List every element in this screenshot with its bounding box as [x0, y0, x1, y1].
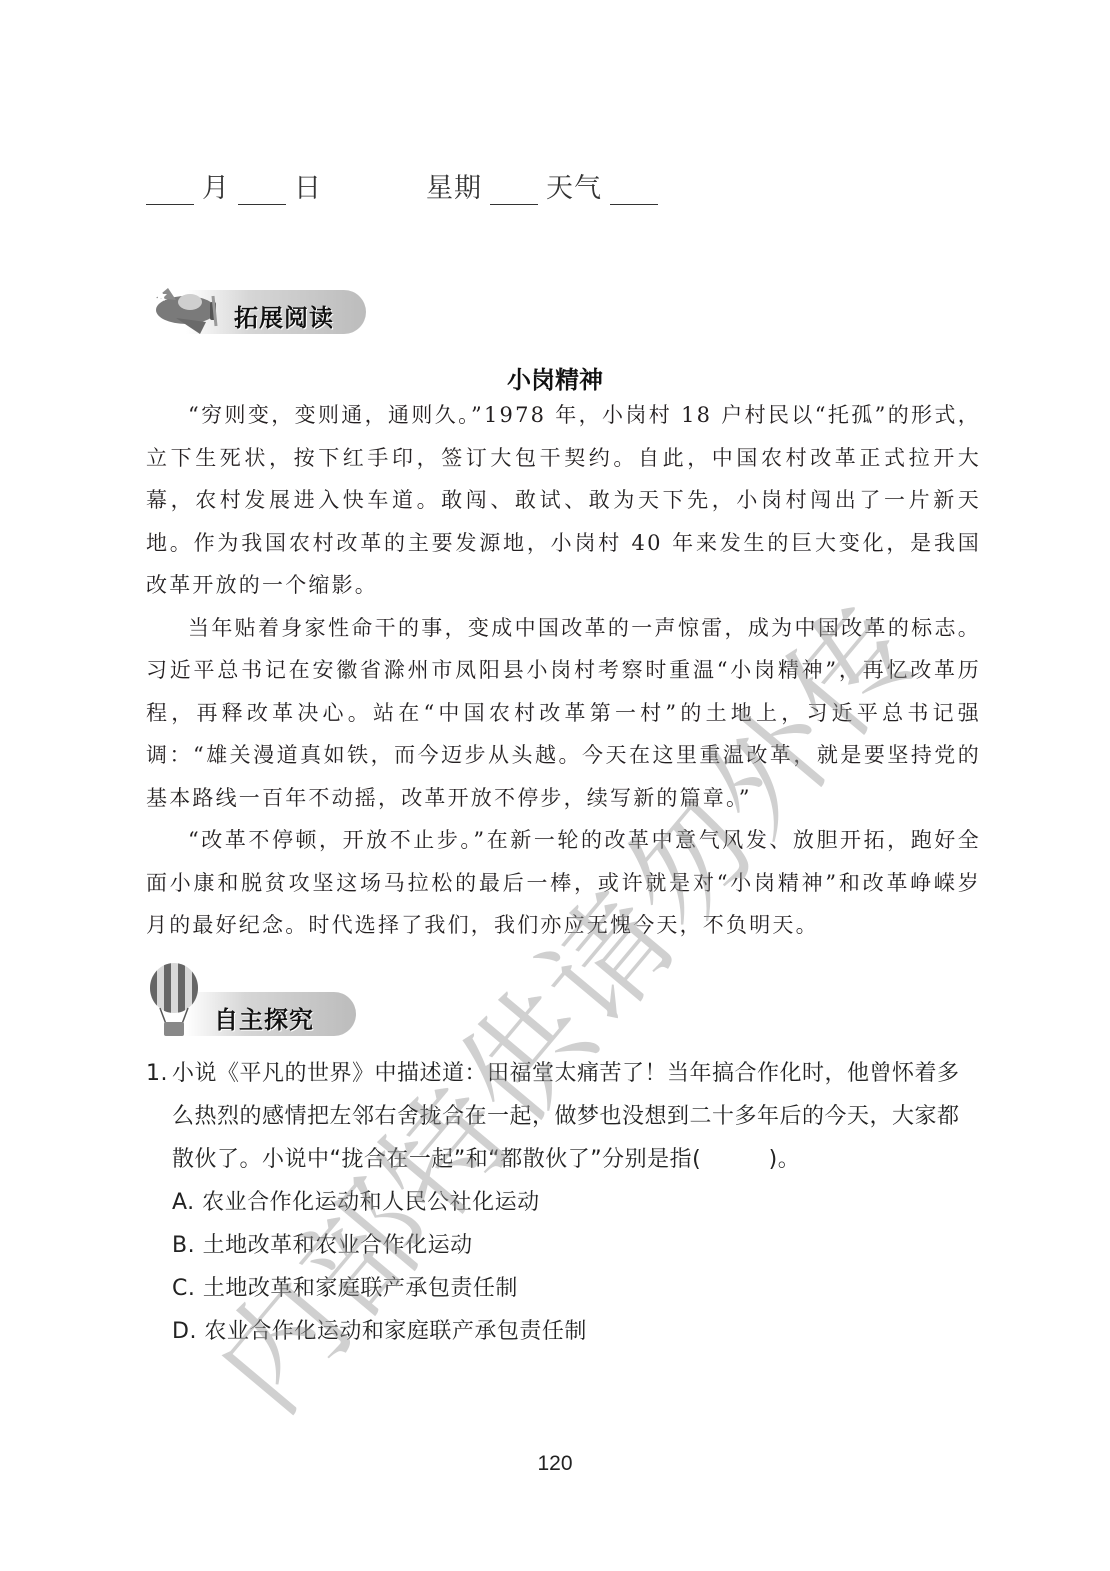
month-label: 月 [202, 166, 230, 205]
weekday-label: 星期 [426, 166, 482, 205]
article-title: 小岗精神 [0, 360, 1110, 395]
option-a[interactable]: A. 农业合作化运动和人民公社化运动 [146, 1181, 981, 1224]
option-b[interactable]: B. 土地改革和农业合作化运动 [146, 1224, 981, 1267]
option-d[interactable]: D. 农业合作化运动和家庭联产承包责任制 [146, 1310, 981, 1353]
weather-blank[interactable] [610, 178, 658, 205]
section-title-inquiry: 自主探究 [214, 1000, 314, 1035]
day-label: 日 [294, 166, 322, 205]
page-number: 120 [0, 1452, 1110, 1476]
question-text: 小说《平凡的世界》中描述道：田福堂太痛苦了！当年搞合作化时，他曾怀着多么热烈的感… [172, 1052, 981, 1181]
month-blank[interactable] [146, 178, 194, 205]
article-paragraph: “穷则变，变则通，通则久。”1978 年，小岗村 18 户村民以“托孤”的形式，… [146, 394, 981, 607]
date-weather-line: 月 日 星期 天气 [146, 166, 666, 205]
airplane-icon [146, 278, 226, 342]
section-banner-reading: 拓展阅读 [146, 278, 376, 338]
section-banner-inquiry: 自主探究 [146, 962, 366, 1042]
question-1: 1. 小说《平凡的世界》中描述道：田福堂太痛苦了！当年搞合作化时，他曾怀着多么热… [146, 1052, 981, 1353]
article-paragraph: “改革不停顿，开放不止步。”在新一轮的改革中意气风发、放胆开拓，跑好全面小康和脱… [146, 819, 981, 947]
article-body: “穷则变，变则通，通则久。”1978 年，小岗村 18 户村民以“托孤”的形式，… [146, 394, 981, 947]
section-title-reading: 拓展阅读 [234, 298, 334, 333]
article-paragraph: 当年贴着身家性命干的事，变成中国改革的一声惊雷，成为中国改革的标志。习近平总书记… [146, 607, 981, 820]
hot-air-balloon-icon [146, 962, 206, 1046]
weather-label: 天气 [546, 166, 602, 205]
weekday-blank[interactable] [490, 178, 538, 205]
day-blank[interactable] [238, 178, 286, 205]
question-number: 1. [146, 1052, 172, 1181]
option-c[interactable]: C. 土地改革和家庭联产承包责任制 [146, 1267, 981, 1310]
question-stem: 1. 小说《平凡的世界》中描述道：田福堂太痛苦了！当年搞合作化时，他曾怀着多么热… [146, 1052, 981, 1181]
